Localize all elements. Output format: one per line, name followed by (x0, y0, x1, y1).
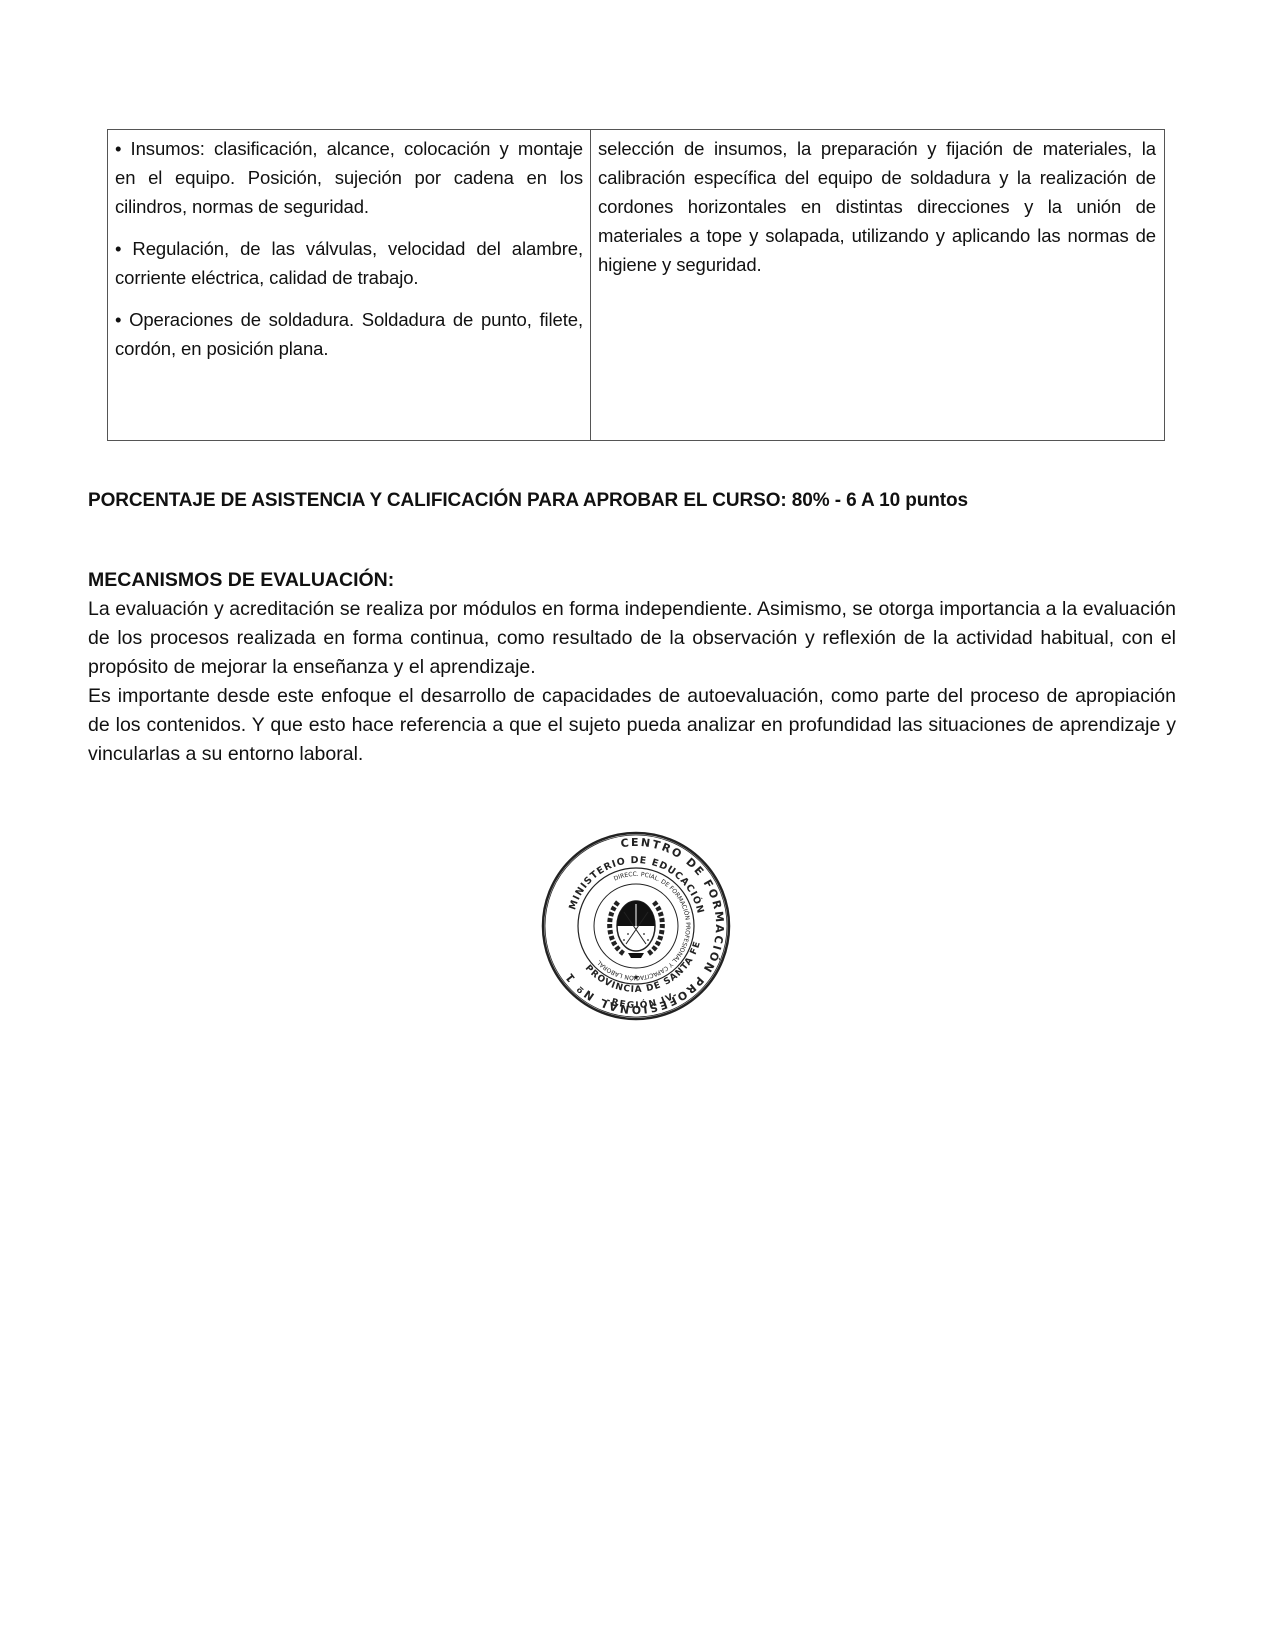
evaluation-paragraph: La evaluación y acreditación se realiza … (88, 595, 1176, 682)
evaluation-section: MECANISMOS DE EVALUACIÓN: La evaluación … (88, 566, 1176, 769)
table-cell-contents: • Insumos: clasificación, alcance, coloc… (108, 130, 591, 440)
attendance-heading: PORCENTAJE DE ASISTENCIA Y CALIFICACIÓN … (88, 490, 968, 512)
list-item: • Insumos: clasificación, alcance, coloc… (115, 134, 583, 221)
official-seal-icon: CENTRO DE FORMACIÓN PROFESIONAL Nº 1 MIN… (538, 830, 734, 1022)
list-item: • Regulación, de las válvulas, velocidad… (115, 234, 583, 292)
evaluation-paragraph: Es importante desde este enfoque el desa… (88, 682, 1176, 769)
list-item: • Operaciones de soldadura. Soldadura de… (115, 305, 583, 363)
cell-description-text: selección de insumos, la preparación y f… (598, 134, 1156, 279)
table-cell-description: selección de insumos, la preparación y f… (591, 130, 1164, 440)
content-table: • Insumos: clasificación, alcance, coloc… (107, 129, 1165, 441)
evaluation-title: MECANISMOS DE EVALUACIÓN: (88, 566, 1176, 595)
svg-text:★: ★ (632, 973, 639, 982)
